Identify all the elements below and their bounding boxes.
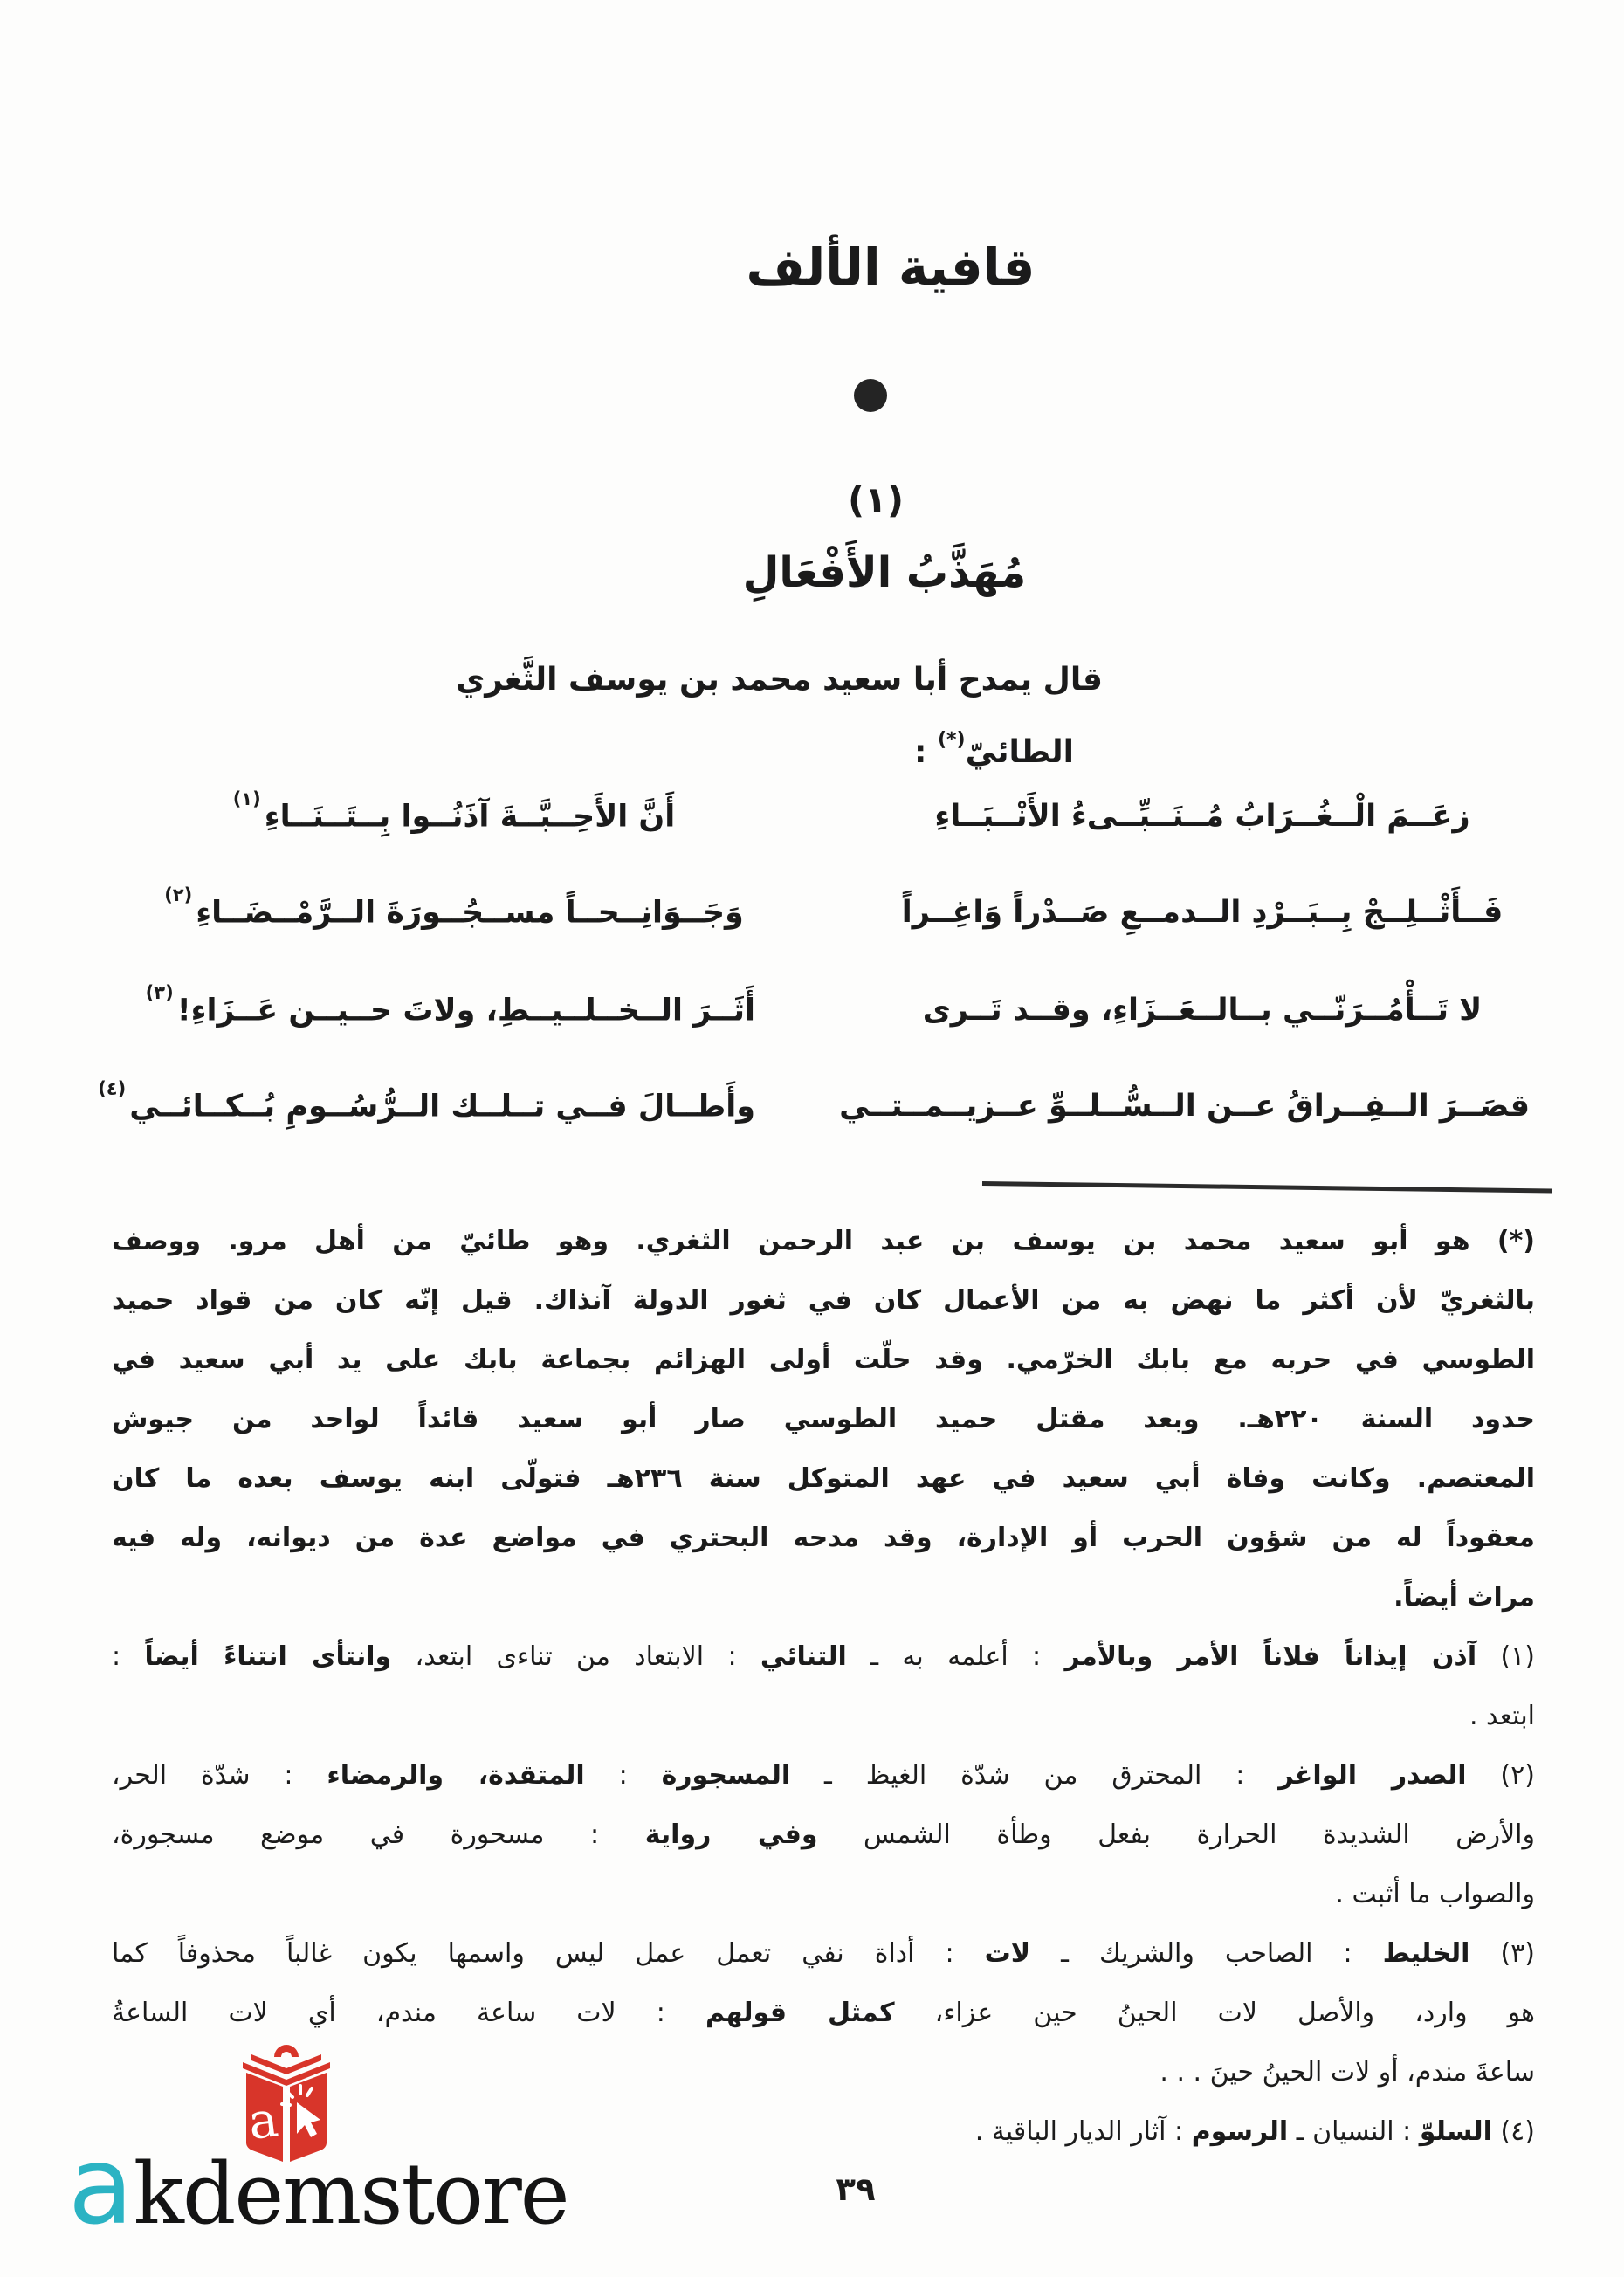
footnote-text-segment: المعتصم. وكانت وفاة أبي سعيد في عهد المت… <box>112 1463 1535 1494</box>
verse-4-left-hemistich: وأَطــالَ فــي تــلــك الــرُّسُــومِ بُ… <box>153 1089 755 1125</box>
footnote-star-line: الطوسي في حربه مع بابك الخرّمي. وقد حلّت… <box>112 1331 1535 1390</box>
footnote-text-segment: (*) هو أبو سعيد محمد بن يوسف بن عبد الرح… <box>112 1226 1535 1256</box>
footnote-1-line: ابتعد . <box>112 1687 1535 1746</box>
footnote-2-line: والأرض الشديدة الحرارة بفعل وطأة الشمس و… <box>112 1806 1535 1865</box>
verse-3-right-hemistich: لا تَــأْمُــرَنّــي بــالــعَــزَاءِ، و… <box>875 993 1530 1028</box>
footnote-ref-3: (٣) <box>146 982 174 1003</box>
footnote-text-segment: والأرض الشديدة الحرارة بفعل وطأة الشمس <box>817 1820 1535 1850</box>
footnote-star-line: بالثغريّ لأن أكثر ما نهض به من الأعمال ك… <box>112 1271 1535 1331</box>
footnote-text-segment: وانتأى انتناءً أيضاً <box>144 1641 391 1672</box>
footnote-text-segment: الرسوم <box>1192 2116 1289 2147</box>
verse-1-right-hemistich: زعَــمَ الْــغُــرَابُ مُــنَــبِّــىءُ … <box>875 799 1530 834</box>
wordmark-rest: kdemstore <box>134 2152 568 2236</box>
footnote-text-segment: : مسحورة في موضع مسجورة، <box>112 1820 645 1850</box>
footnote-separator-rule <box>982 1181 1552 1194</box>
footnote-text-segment: (٣) <box>1469 1938 1535 1969</box>
footnote-text-segment: السلوّ <box>1420 2116 1492 2147</box>
bag-handle <box>274 2045 299 2057</box>
poem-number: (١) <box>127 478 1624 521</box>
verse-2-left-hemistich: وَجَــوَانِــحــاً مســجُــورَةَ الــرَّ… <box>153 895 755 931</box>
footnote-3-line: هو وارد، والأصل لات الحينُ حين عزاء، كمث… <box>112 1984 1535 2043</box>
poem-title: مُهَذَّبُ الأَفْعَالِ <box>145 548 1624 597</box>
footnote-star-line: (*) هو أبو سعيد محمد بن يوسف بن عبد الرح… <box>112 1212 1535 1271</box>
footnote-text-segment: ابتعد . <box>1469 1701 1535 1731</box>
footnote-text-segment: ساعةَ مندم، أو لات الحينُ حينَ . . . <box>1160 2057 1535 2088</box>
verse-3-left-hemistich: أَثَــرَ الــخــلــيــطِ، ولاتَ حــيــن … <box>153 993 755 1028</box>
footnote-text-segment: وفي رواية <box>645 1820 818 1850</box>
footnotes-block: (*) هو أبو سعيد محمد بن يوسف بن عبد الرح… <box>112 1212 1535 2162</box>
wordmark-letter-a: a <box>68 2133 134 2239</box>
footnote-text-segment: : لات ساعة مندم، أي لات الساعةُ <box>112 1998 705 2028</box>
footnote-text-segment: (١) <box>1476 1641 1535 1672</box>
footnote-text-segment: الطوسي في حربه مع بابك الخرّمي. وقد حلّت… <box>112 1345 1535 1375</box>
footnote-text-segment: بالثغريّ لأن أكثر ما نهض به من الأعمال ك… <box>112 1285 1535 1316</box>
footnote-text-segment: لات <box>985 1938 1031 1969</box>
footnote-text-segment: : الابتعاد من تناءى ابتعد، <box>391 1641 760 1672</box>
footnote-text-segment: الصدر الواغر <box>1278 1760 1466 1791</box>
footnote-star-line: معقوداً له من شؤون الحرب أو الإدارة، وقد… <box>112 1509 1535 1568</box>
section-divider-dot <box>854 379 887 412</box>
footnote-text-segment: المسجورة <box>662 1760 791 1791</box>
book-page: قافية الألف (١) مُهَذَّبُ الأَفْعَالِ قا… <box>0 0 1624 2277</box>
footnote-ref-2: (٢) <box>164 884 192 905</box>
footnote-2-line: (٢) الصدر الواغر : المحترق من شدّة الغيظ… <box>112 1746 1535 1806</box>
footnote-text-segment: هو وارد، والأصل لات الحينُ حين عزاء، <box>895 1998 1535 2028</box>
verse-1-left-hemistich: أَنَّ الأَحِــبَّــةَ آذَنُــوا بِــتَــ… <box>153 799 755 835</box>
poem-intro-line-2: الطائيّ(*) : <box>914 734 1074 770</box>
section-title: قافية الألف <box>157 237 1624 297</box>
footnote-text-segment: : النسيان ـ <box>1288 2116 1420 2147</box>
footnote-ref-1: (١) <box>233 788 261 809</box>
poem-intro-line-1: قال يمدح أبا سعيد محمد بن يوسف الثَّغري <box>456 662 1103 698</box>
footnote-text-segment: : الصاحب والشريك ـ <box>1030 1938 1383 1969</box>
footnote-text-segment: آذن إيذاناً فلاناً الأمر وبالأمر <box>1065 1641 1477 1672</box>
footnote-text-segment: : آثار الديار الباقية . <box>975 2116 1192 2147</box>
footnote-text-segment: حدود السنة ٢٢٠هـ. وبعد مقتل حميد الطوسي … <box>112 1404 1535 1434</box>
footnote-text-segment: والصواب ما أثبت . <box>1335 1879 1535 1909</box>
footnote-text-segment: كمثل قولهم <box>705 1998 895 2028</box>
footnote-star-line: حدود السنة ٢٢٠هـ. وبعد مقتل حميد الطوسي … <box>112 1390 1535 1449</box>
verse-text: أَنَّ الأَحِــبَّــةَ آذَنُــوا بِــتَــ… <box>265 800 676 835</box>
footnote-text-segment: مراث أيضاً. <box>1393 1582 1535 1613</box>
footnote-text-segment: : <box>112 1641 144 1672</box>
verse-2-right-hemistich: فَــأَثْــلِــجْ بِــبَــرْدِ الــدمــعِ… <box>875 895 1530 930</box>
footnote-star-line: المعتصم. وكانت وفاة أبي سعيد في عهد المت… <box>112 1449 1535 1509</box>
footnote-text-segment: : أعلمه به ـ <box>847 1641 1065 1672</box>
akdemstore-wordmark: akdemstore <box>68 2133 568 2239</box>
footnote-2-line: والصواب ما أثبت . <box>112 1865 1535 1924</box>
footnote-text-segment: معقوداً له من شؤون الحرب أو الإدارة، وقد… <box>112 1523 1535 1553</box>
footnote-1-line: (١) آذن إيذاناً فلاناً الأمر وبالأمر : أ… <box>112 1627 1535 1687</box>
patron-nisba: الطائيّ <box>966 734 1074 770</box>
footnote-3-line: (٣) الخليط : الصاحب والشريك ـ لات : أداة… <box>112 1924 1535 1984</box>
footnote-text-segment: الخليط <box>1383 1938 1470 1969</box>
footnote-text-segment: التنائي <box>760 1641 847 1672</box>
footnote-text-segment: المتقدة، والرمضاء <box>327 1760 584 1791</box>
footnote-star-line: مراث أيضاً. <box>112 1568 1535 1627</box>
footnote-text-segment: : أداة نفي تعمل عمل ليس واسمها يكون غالب… <box>112 1938 985 1969</box>
footnote-ref-4: (٤) <box>98 1078 126 1099</box>
footnote-ref-star: (*) <box>938 729 966 751</box>
verse-text: أَثَــرَ الــخــلــيــطِ، ولاتَ حــيــن … <box>177 994 755 1028</box>
footnote-text-segment: : شدّة الحر، <box>112 1760 327 1791</box>
verse-text: وأَطــالَ فــي تــلــك الــرُّسُــومِ بُ… <box>129 1090 755 1125</box>
verse-4-right-hemistich: قصَــرَ الــفِــراقُ عــن الــسُّــلــوِ… <box>875 1089 1530 1124</box>
footnote-text-segment: (٤) <box>1492 2116 1535 2147</box>
page-number: ٣٩ <box>786 2170 926 2208</box>
footnote-text-segment: : المحترق من شدّة الغيظ ـ <box>790 1760 1278 1791</box>
footnote-text-segment: (٢) <box>1467 1760 1535 1791</box>
verse-text: وَجَــوَانِــحــاً مســجُــورَةَ الــرَّ… <box>196 896 744 931</box>
footnote-text-segment: : <box>585 1760 662 1791</box>
intro-colon: : <box>914 734 938 770</box>
